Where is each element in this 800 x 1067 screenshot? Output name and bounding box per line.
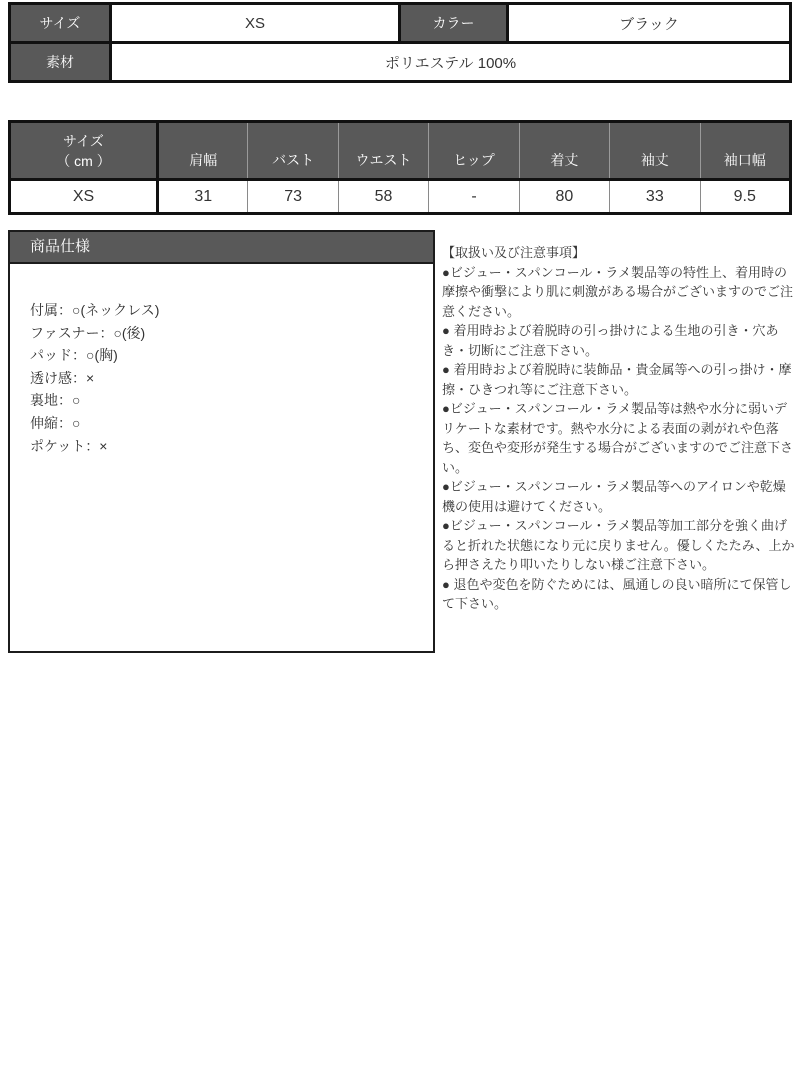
care-note-item: ● 着用時および着脱時の引っ掛けによる生地の引き・穴あき・切断にご注意下さい。	[442, 321, 797, 360]
care-note-item: ● 着用時および着脱時に装飾品・貴金属等への引っ掛け・摩擦・ひきつれ等にご注意下…	[442, 360, 797, 399]
sleeve-value-cell: 33	[610, 180, 700, 214]
spec-item-sheerness: 透け感：×	[30, 367, 421, 390]
material-value-cell: ポリエステル 100%	[111, 43, 791, 82]
spec-item-fastener: ファスナー：○(後)	[30, 322, 421, 345]
size-cm-header-cell: サイズ （ cm ）	[10, 122, 158, 180]
care-notes-title: 【取扱い及び注意事項】	[442, 243, 797, 263]
col-header-hip: ヒップ	[429, 122, 519, 180]
size-label-cell: サイズ	[10, 4, 111, 43]
measurements-header-row: サイズ （ cm ） 肩幅 バスト ウエスト ヒップ 着丈 袖丈 袖口幅	[10, 122, 791, 180]
length-value-cell: 80	[519, 180, 609, 214]
care-note-item: ● 退色や変色を防ぐためには、風通しの良い暗所にて保管して下さい。	[442, 575, 797, 614]
product-spec-box: 商品仕様 付属：○(ネックレス) ファスナー：○(後) パッド：○(胸) 透け感…	[8, 230, 435, 653]
col-header-waist: ウエスト	[338, 122, 428, 180]
table-row: 素材 ポリエステル 100%	[10, 43, 791, 82]
col-header-length: 着丈	[519, 122, 609, 180]
care-notes: 【取扱い及び注意事項】 ●ビジュー・スパンコール・ラメ製品等の特性上、着用時の摩…	[442, 243, 797, 614]
size-cm-header-line2: （ cm ）	[11, 151, 156, 171]
cuff-value-cell: 9.5	[700, 180, 790, 214]
spec-item-accessory: 付属：○(ネックレス)	[30, 299, 421, 322]
shoulder-value-cell: 31	[158, 180, 248, 214]
measurements-data-row: XS 31 73 58 - 80 33 9.5	[10, 180, 791, 214]
size-value-cell: XS	[10, 180, 158, 214]
hip-value-cell: -	[429, 180, 519, 214]
spec-box-title: 商品仕様	[10, 232, 433, 264]
color-label-cell: カラー	[400, 4, 508, 43]
col-header-sleeve: 袖丈	[610, 122, 700, 180]
bust-value-cell: 73	[248, 180, 338, 214]
col-header-shoulder: 肩幅	[158, 122, 248, 180]
size-cm-header-line1: サイズ	[11, 131, 156, 151]
spec-list: 付属：○(ネックレス) ファスナー：○(後) パッド：○(胸) 透け感：× 裏地…	[10, 264, 433, 457]
color-value-cell: ブラック	[508, 4, 791, 43]
table-row: サイズ XS カラー ブラック	[10, 4, 791, 43]
waist-value-cell: 58	[338, 180, 428, 214]
col-header-cuff: 袖口幅	[700, 122, 790, 180]
care-note-item: ●ビジュー・スパンコール・ラメ製品等へのアイロンや乾燥機の使用は避けてください。	[442, 477, 797, 516]
col-header-bust: バスト	[248, 122, 338, 180]
material-label-cell: 素材	[10, 43, 111, 82]
spec-item-stretch: 伸縮：○	[30, 412, 421, 435]
care-note-item: ●ビジュー・スパンコール・ラメ製品等は熱や水分に弱いデリケートな素材です。熱や水…	[442, 399, 797, 477]
measurements-table: サイズ （ cm ） 肩幅 バスト ウエスト ヒップ 着丈 袖丈 袖口幅 XS …	[8, 120, 792, 215]
size-color-material-table: サイズ XS カラー ブラック 素材 ポリエステル 100%	[8, 2, 792, 83]
care-note-item: ●ビジュー・スパンコール・ラメ製品等加工部分を強く曲げると折れた状態になり元に戻…	[442, 516, 797, 575]
care-note-item: ●ビジュー・スパンコール・ラメ製品等の特性上、着用時の摩擦や衝撃により肌に刺激が…	[442, 263, 797, 322]
product-spec-page: サイズ XS カラー ブラック 素材 ポリエステル 100% サイズ （ cm …	[0, 0, 800, 1067]
size-value-cell: XS	[111, 4, 400, 43]
spec-item-pad: パッド：○(胸)	[30, 344, 421, 367]
spec-item-lining: 裏地：○	[30, 389, 421, 412]
spec-item-pocket: ポケット：×	[30, 435, 421, 458]
